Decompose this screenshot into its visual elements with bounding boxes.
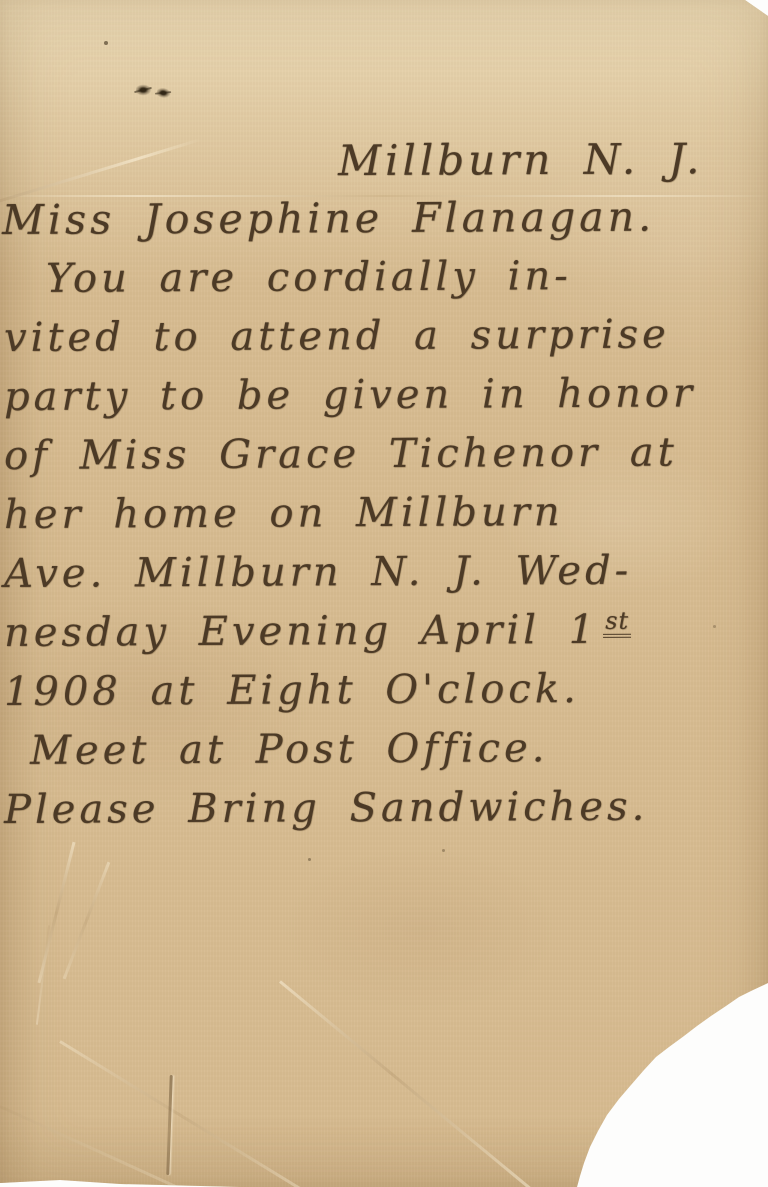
body-line: Meet at Post Office. bbox=[30, 718, 768, 781]
body-line: her home on Millburn bbox=[4, 482, 768, 545]
dateline: Millburn N. J. bbox=[338, 129, 768, 190]
letter-text: Millburn N. J. Miss Josephine Flanagan. … bbox=[0, 130, 768, 838]
ink-blot-icon bbox=[136, 84, 152, 96]
body-line-text: nesday Evening April 1 bbox=[4, 607, 598, 656]
ink-speck bbox=[442, 849, 445, 852]
paper-sheet: Millburn N. J. Miss Josephine Flanagan. … bbox=[0, 0, 768, 1187]
ink-speck bbox=[104, 41, 108, 45]
body-line: You are cordially in- bbox=[46, 246, 768, 309]
body-line: Ave. Millburn N. J. Wed- bbox=[4, 541, 768, 604]
body-line: Please Bring Sandwiches. bbox=[4, 777, 768, 840]
page: { "colors": { "paper": "#d7bb90", "ink":… bbox=[0, 0, 768, 1187]
ink-blot-icon bbox=[156, 87, 172, 100]
recipient-line: Miss Josephine Flanagan. bbox=[2, 187, 768, 250]
body-line: party to be given in honor bbox=[4, 364, 768, 427]
body-line: 1908 at Eight O'clock. bbox=[4, 659, 768, 722]
scanned-letter: Millburn N. J. Miss Josephine Flanagan. … bbox=[0, 0, 768, 1187]
ordinal-suffix: st bbox=[603, 609, 631, 638]
ink-speck bbox=[308, 858, 311, 861]
body-line: of Miss Grace Tichenor at bbox=[4, 423, 768, 486]
body-line: vited to attend a surprise bbox=[4, 305, 768, 368]
body-line-with-ordinal: nesday Evening April 1st bbox=[4, 600, 768, 663]
